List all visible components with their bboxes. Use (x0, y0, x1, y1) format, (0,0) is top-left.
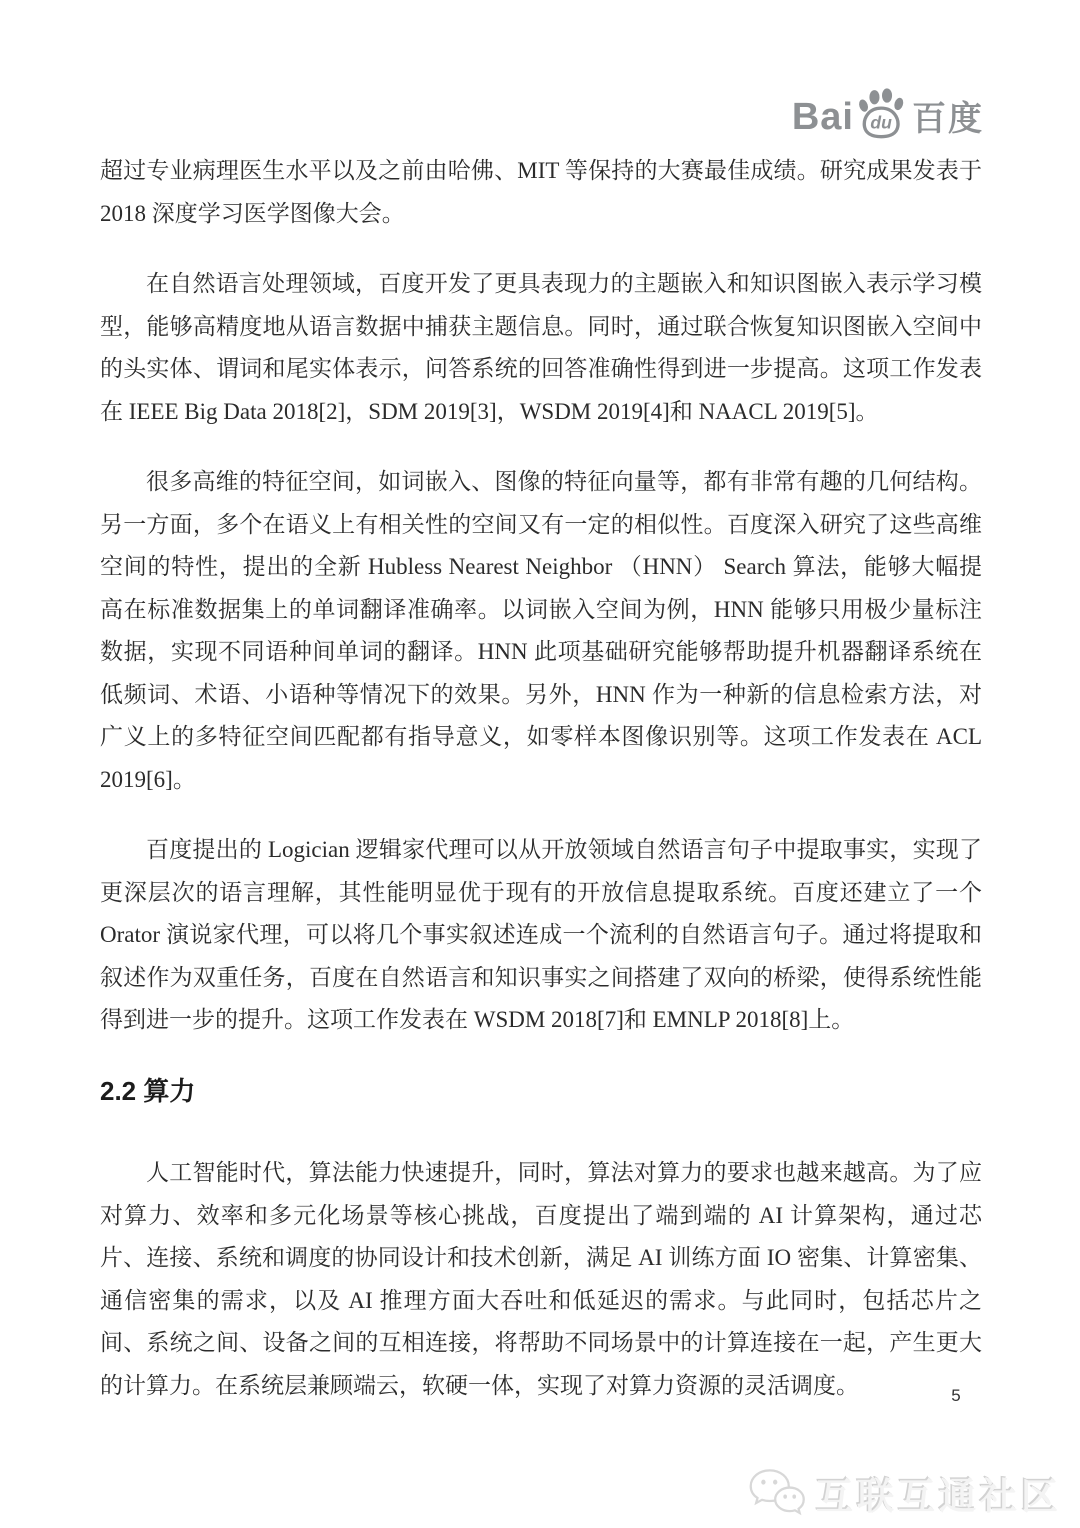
paragraph: 人工智能时代，算法能力快速提升，同时，算法对算力的要求也越来越高。为了应对算力、… (100, 1152, 982, 1407)
paragraph: 百度提出的 Logician 逻辑家代理可以从开放领域自然语言句子中提取事实，实… (100, 829, 982, 1042)
svg-text:du: du (870, 112, 892, 132)
section-heading: 2.2 算力 (100, 1070, 982, 1113)
document-body: 超过专业病理医生水平以及之前由哈佛、MIT 等保持的大赛最佳成绩。研究成果发表于… (100, 150, 982, 1435)
paragraph: 很多高维的特征空间，如词嵌入、图像的特征向量等，都有非常有趣的几何结构。另一方面… (100, 461, 982, 801)
page-number: 5 (936, 1386, 976, 1406)
baidu-paw-icon: du (856, 88, 908, 140)
watermark-text: 互联互通社区 (816, 1466, 1062, 1520)
document-page: Bai du 百度 超过专业病理医生水平以及之前由哈佛、MIT 等保持的大赛最佳… (0, 0, 1080, 1528)
paragraph: 在自然语言处理领域，百度开发了更具表现力的主题嵌入和知识图嵌入表示学习模型，能够… (100, 263, 982, 433)
baidu-logo-bai-text: Bai (792, 98, 854, 136)
watermark: 互联互通社区 (748, 1466, 1062, 1520)
baidu-logo-cn-text: 百度 (912, 102, 984, 136)
paragraph: 超过专业病理医生水平以及之前由哈佛、MIT 等保持的大赛最佳成绩。研究成果发表于… (100, 150, 982, 235)
wechat-icon (748, 1467, 806, 1519)
baidu-logo: Bai du 百度 (792, 88, 984, 136)
